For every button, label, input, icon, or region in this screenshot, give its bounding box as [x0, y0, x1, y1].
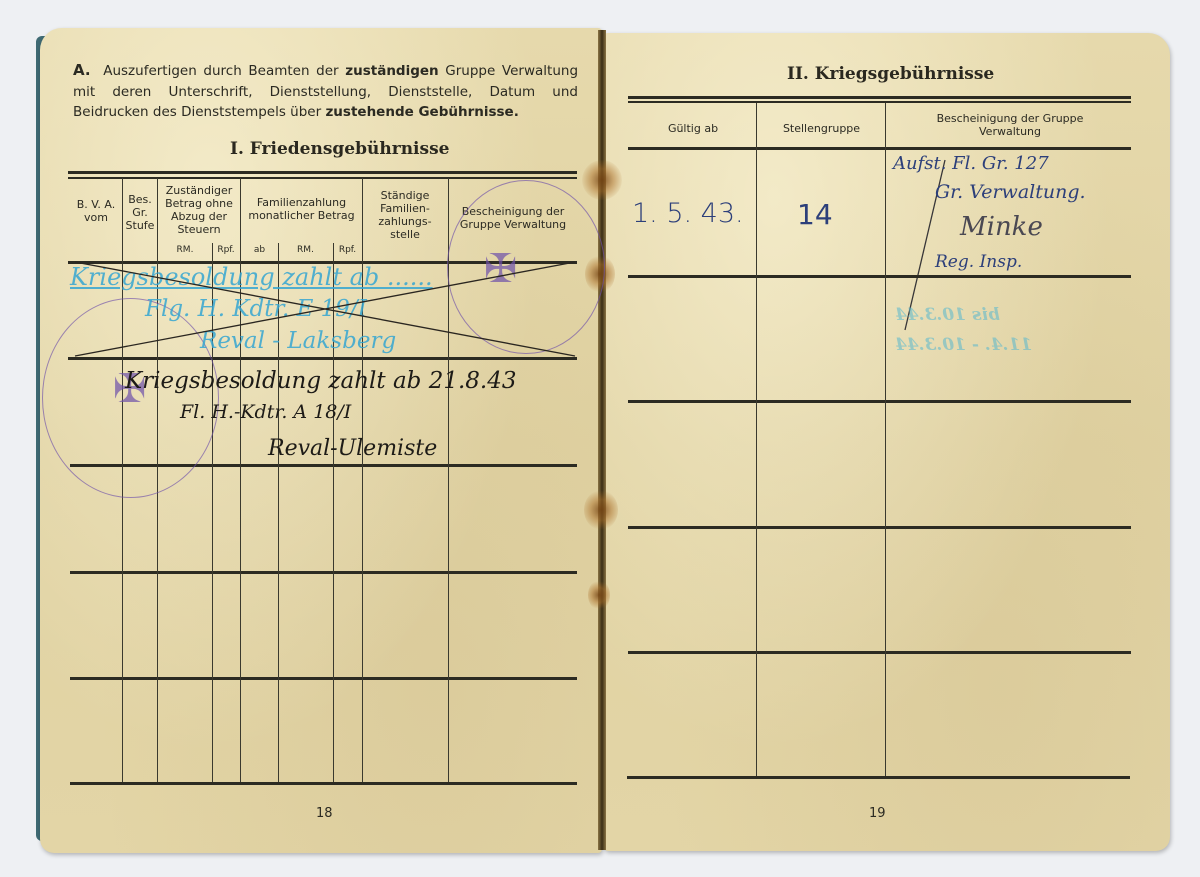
- header-position-group: Stellengruppe: [758, 122, 885, 135]
- column-divider: [756, 103, 757, 776]
- certification-signature: Minke: [960, 212, 1043, 242]
- row-rule: [628, 400, 1131, 403]
- table-top-rule: [628, 96, 1131, 99]
- row-rule: [628, 526, 1131, 529]
- row-rule: [628, 651, 1131, 654]
- offset-imprint-line-2: 11.4. - 10.3.44: [895, 335, 1032, 355]
- entry-line-3: Reval-Ulemiste: [268, 436, 437, 461]
- header-certification: Bescheinigung der Gruppe Verwaltung: [935, 112, 1085, 138]
- certification-title: Reg. Insp.: [935, 252, 1022, 272]
- offset-imprint-line-1: bis 10.3.44: [895, 305, 1000, 325]
- certification-line-1: Aufst. Fl. Gr. 127: [893, 153, 1049, 174]
- section-title-war-pay: II. Kriegsgebührnisse: [787, 64, 994, 84]
- page-number-right: 19: [869, 806, 886, 821]
- row-rule: [628, 275, 1131, 278]
- header-valid-from: Gültig ab: [630, 122, 756, 135]
- table-bottom-rule: [627, 776, 1130, 779]
- header-bottom-rule: [628, 147, 1131, 150]
- page-number-left: 18: [316, 806, 333, 821]
- entry-line-2: Fl. H.-Kdtr. A 18/I: [180, 401, 351, 423]
- certification-line-2: Gr. Verwaltung.: [935, 181, 1086, 203]
- table-top-rule-thin: [628, 101, 1131, 103]
- position-group-value: 14: [797, 198, 833, 231]
- valid-from-value: 1. 5. 43.: [632, 198, 744, 229]
- entry-line-1: Kriegsbesoldung zahlt ab 21.8.43: [125, 368, 516, 394]
- column-divider: [885, 103, 886, 776]
